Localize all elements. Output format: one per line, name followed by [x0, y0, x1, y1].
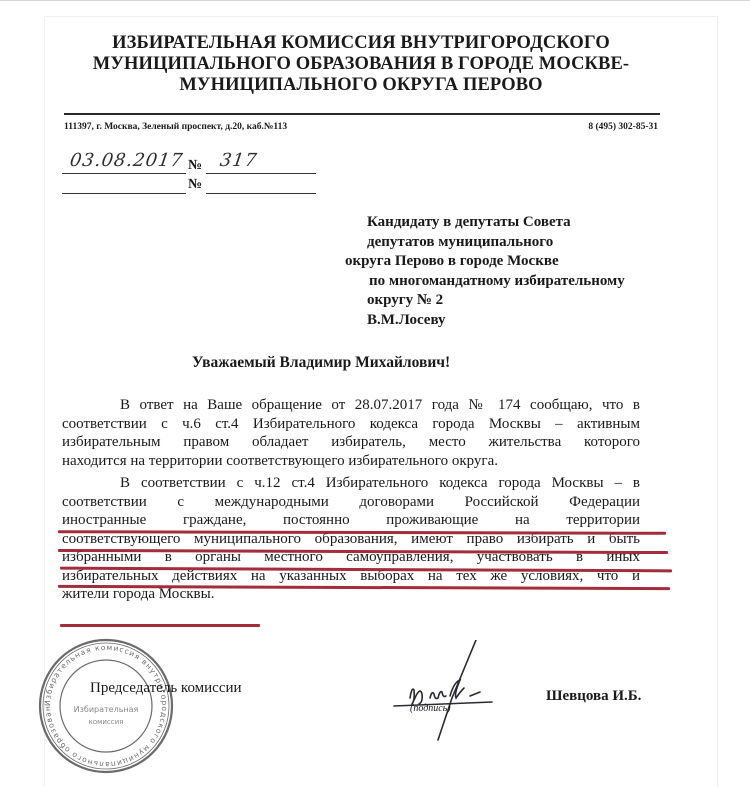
chairman-label: Председатель комиссии — [90, 680, 242, 697]
red-underline — [60, 624, 260, 627]
paragraph-line: В соответствии с ч.12 ст.4 Избирательног… — [62, 474, 640, 493]
stamp-inner-line: Избирательная — [74, 705, 139, 714]
recipient-block: Кандидату в депутаты Совета депутатов му… — [345, 213, 625, 330]
number-label: № — [188, 158, 202, 174]
signature-caption: (подпись) — [410, 703, 451, 714]
paragraph-line: соответствии с ч.6 ст.4 Избирательного к… — [62, 415, 640, 434]
stamp-inner-line: комиссия — [89, 718, 124, 726]
paragraph-line: В ответ на Ваше обращение от 28.07.2017 … — [62, 396, 640, 415]
recipient-line: округа Перово в городе Москве — [345, 252, 625, 272]
date-underline — [62, 173, 186, 174]
organization-title: ИЗБИРАТЕЛЬНАЯ КОМИССИЯ ВНУТРИГОРОДСКОГО … — [66, 33, 656, 96]
org-title-line-2: МУНИЦИПАЛЬНОГО ОБРАЗОВАНИЯ В ГОРОДЕ МОСК… — [66, 54, 656, 75]
top-border — [0, 0, 750, 1]
recipient-line: округу № 2 — [367, 291, 625, 311]
number-underline — [206, 173, 316, 174]
paragraph-line: соответствии с международными договорами… — [62, 493, 640, 512]
blank-number-underline — [206, 193, 316, 194]
handwritten-signature-icon — [380, 640, 510, 750]
paragraph-line: избирательным правом обладает избиратель… — [62, 433, 640, 452]
header-divider — [64, 113, 660, 115]
organization-phone: 8 (495) 302-85-31 — [588, 122, 658, 132]
official-stamp-icon: Избирательная комиссия внутригородского … — [36, 636, 176, 776]
paragraph-2: В соответствии с ч.12 ст.4 Избирательног… — [62, 474, 640, 604]
salutation: Уважаемый Владимир Михайлович! — [192, 354, 450, 372]
signer-name: Шевцова И.Б. — [546, 688, 641, 705]
paragraph-line: находится на территории соответствующего… — [62, 452, 640, 471]
recipient-line: Кандидату в депутаты Совета — [367, 213, 625, 233]
highlighted-line: иностранные граждане, постоянно проживаю… — [62, 511, 640, 530]
paragraph-1: В ответ на Ваше обращение от 28.07.2017 … — [62, 396, 640, 470]
organization-address: 111397, г. Москва, Зеленый проспект, д.2… — [64, 122, 287, 132]
recipient-line: по многомандатному избирательному — [369, 272, 625, 292]
org-title-line-3: МУНИЦИПАЛЬНОГО ОКРУГА ПЕРОВО — [66, 75, 656, 96]
recipient-line: В.М.Лосеву — [367, 311, 625, 331]
recipient-line: депутатов муниципального — [367, 233, 625, 253]
handwritten-number: 317 — [219, 150, 259, 171]
org-title-line-1: ИЗБИРАТЕЛЬНАЯ КОМИССИЯ ВНУТРИГОРОДСКОГО — [66, 33, 656, 54]
blank-date-underline — [62, 193, 186, 194]
second-number-label: № — [188, 177, 202, 193]
handwritten-date: 03.08.2017 — [69, 150, 185, 171]
